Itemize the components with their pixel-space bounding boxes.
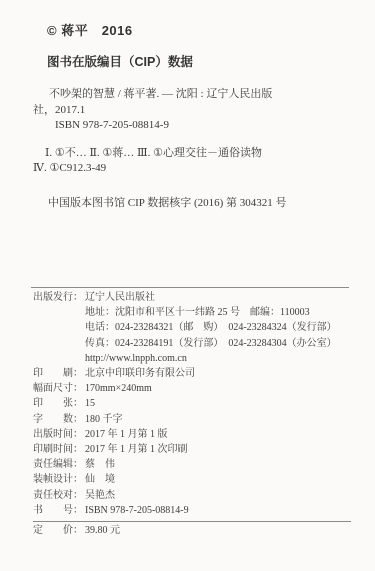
colophon-value: 180 千字 — [85, 414, 123, 425]
colophon-value: 传真：024-23284191（发行部） 024-23284304（办公室） — [85, 338, 337, 349]
colophon-value: 39.80 元 — [85, 525, 120, 536]
colophon-row: 出版时间：2017 年 1 月第 1 版 — [33, 427, 351, 442]
cip-title: 图书在版编目（CIP）数据 — [47, 52, 193, 70]
section-divider — [31, 287, 349, 288]
cip-description-line2: 社，2017.1 — [33, 103, 348, 119]
book-copyright-page: © 蒋平 2016 图书在版编目（CIP）数据 不吵架的智慧 / 蒋平著. — … — [0, 0, 375, 571]
cip-description-line1: 不吵架的智慧 / 蒋平著. — 沈阳 : 辽宁人民出版 — [33, 87, 348, 103]
colophon-value: http://www.lnpph.com.cn — [85, 353, 187, 364]
cip-isbn-line: ISBN 978-7-205-08814-9 — [33, 118, 348, 134]
colophon-row: 出版发行：辽宁人民出版社 — [33, 290, 351, 305]
colophon-row: 幅面尺寸：170mm×240mm — [33, 381, 351, 396]
colophon-value: 吴艳杰 — [85, 490, 115, 501]
colophon-label: 印刷时间： — [33, 442, 85, 457]
colophon-row: 责任编辑：蔡 伟 — [33, 457, 351, 472]
colophon-label: 出版时间： — [33, 427, 85, 442]
colophon-value: 辽宁人民出版社 — [85, 292, 155, 303]
cip-data-block: 不吵架的智慧 / 蒋平著. — 沈阳 : 辽宁人民出版 社，2017.1 ISB… — [33, 87, 348, 211]
colophon-row: 传真：024-23284191（发行部） 024-23284304（办公室） — [33, 336, 351, 351]
colophon-value: 蔡 伟 — [85, 459, 115, 470]
colophon-value: 15 — [85, 398, 95, 409]
colophon-row: 印刷时间：2017 年 1 月第 1 次印刷 — [33, 442, 351, 457]
colophon-row: 印 刷：北京中印联印务有限公司 — [33, 366, 351, 381]
colophon-value: 北京中印联印务有限公司 — [85, 368, 195, 379]
colophon-value: 地址：沈阳市和平区十一纬路 25 号 邮编：110003 — [85, 307, 310, 318]
copyright-line: © 蒋平 2016 — [47, 20, 133, 39]
price-divider — [33, 521, 351, 522]
cip-record-number-line: 中国版本图书馆 CIP 数据核字 (2016) 第 304321 号 — [33, 196, 348, 212]
colophon-row: 印 张：15 — [33, 396, 351, 411]
colophon-value: 2017 年 1 月第 1 次印刷 — [85, 444, 188, 455]
colophon-label: 责任校对： — [33, 488, 85, 503]
colophon-value: 170mm×240mm — [85, 383, 152, 394]
colophon-row: 电话：024-23284321（邮 购） 024-23284324（发行部） — [33, 320, 351, 335]
colophon-value: 2017 年 1 月第 1 版 — [85, 429, 168, 440]
colophon-label: 责任编辑： — [33, 457, 85, 472]
colophon-label: 装帧设计： — [33, 472, 85, 487]
colophon-row: http://www.lnpph.com.cn — [33, 351, 351, 366]
colophon-row: 字 数：180 千字 — [33, 412, 351, 427]
cip-classification-line1: Ⅰ. ①不… Ⅱ. ①蒋… Ⅲ. ①心理交往－通俗读物 — [33, 146, 348, 162]
colophon-label: 字 数： — [33, 412, 85, 427]
colophon-value: 电话：024-23284321（邮 购） 024-23284324（发行部） — [85, 322, 337, 333]
colophon-row: 定 价：39.80 元 — [33, 523, 351, 538]
colophon-value: 仙 境 — [85, 474, 115, 485]
colophon-label: 出版发行： — [33, 290, 85, 305]
colophon-value: ISBN 978-7-205-08814-9 — [85, 505, 189, 516]
colophon-label: 印 张： — [33, 396, 85, 411]
colophon-row: 地址：沈阳市和平区十一纬路 25 号 邮编：110003 — [33, 305, 351, 320]
colophon-label: 幅面尺寸： — [33, 381, 85, 396]
colophon-row: 书 号：ISBN 978-7-205-08814-9 — [33, 503, 351, 518]
cip-classification-line2: Ⅳ. ①C912.3-49 — [33, 161, 348, 177]
colophon-label: 定 价： — [33, 523, 85, 538]
colophon-section: 出版发行：辽宁人民出版社 地址：沈阳市和平区十一纬路 25 号 邮编：11000… — [33, 290, 351, 538]
colophon-label: 书 号： — [33, 503, 85, 518]
colophon-row: 责任校对：吴艳杰 — [33, 488, 351, 503]
colophon-label: 印 刷： — [33, 366, 85, 381]
colophon-row: 装帧设计：仙 境 — [33, 472, 351, 487]
